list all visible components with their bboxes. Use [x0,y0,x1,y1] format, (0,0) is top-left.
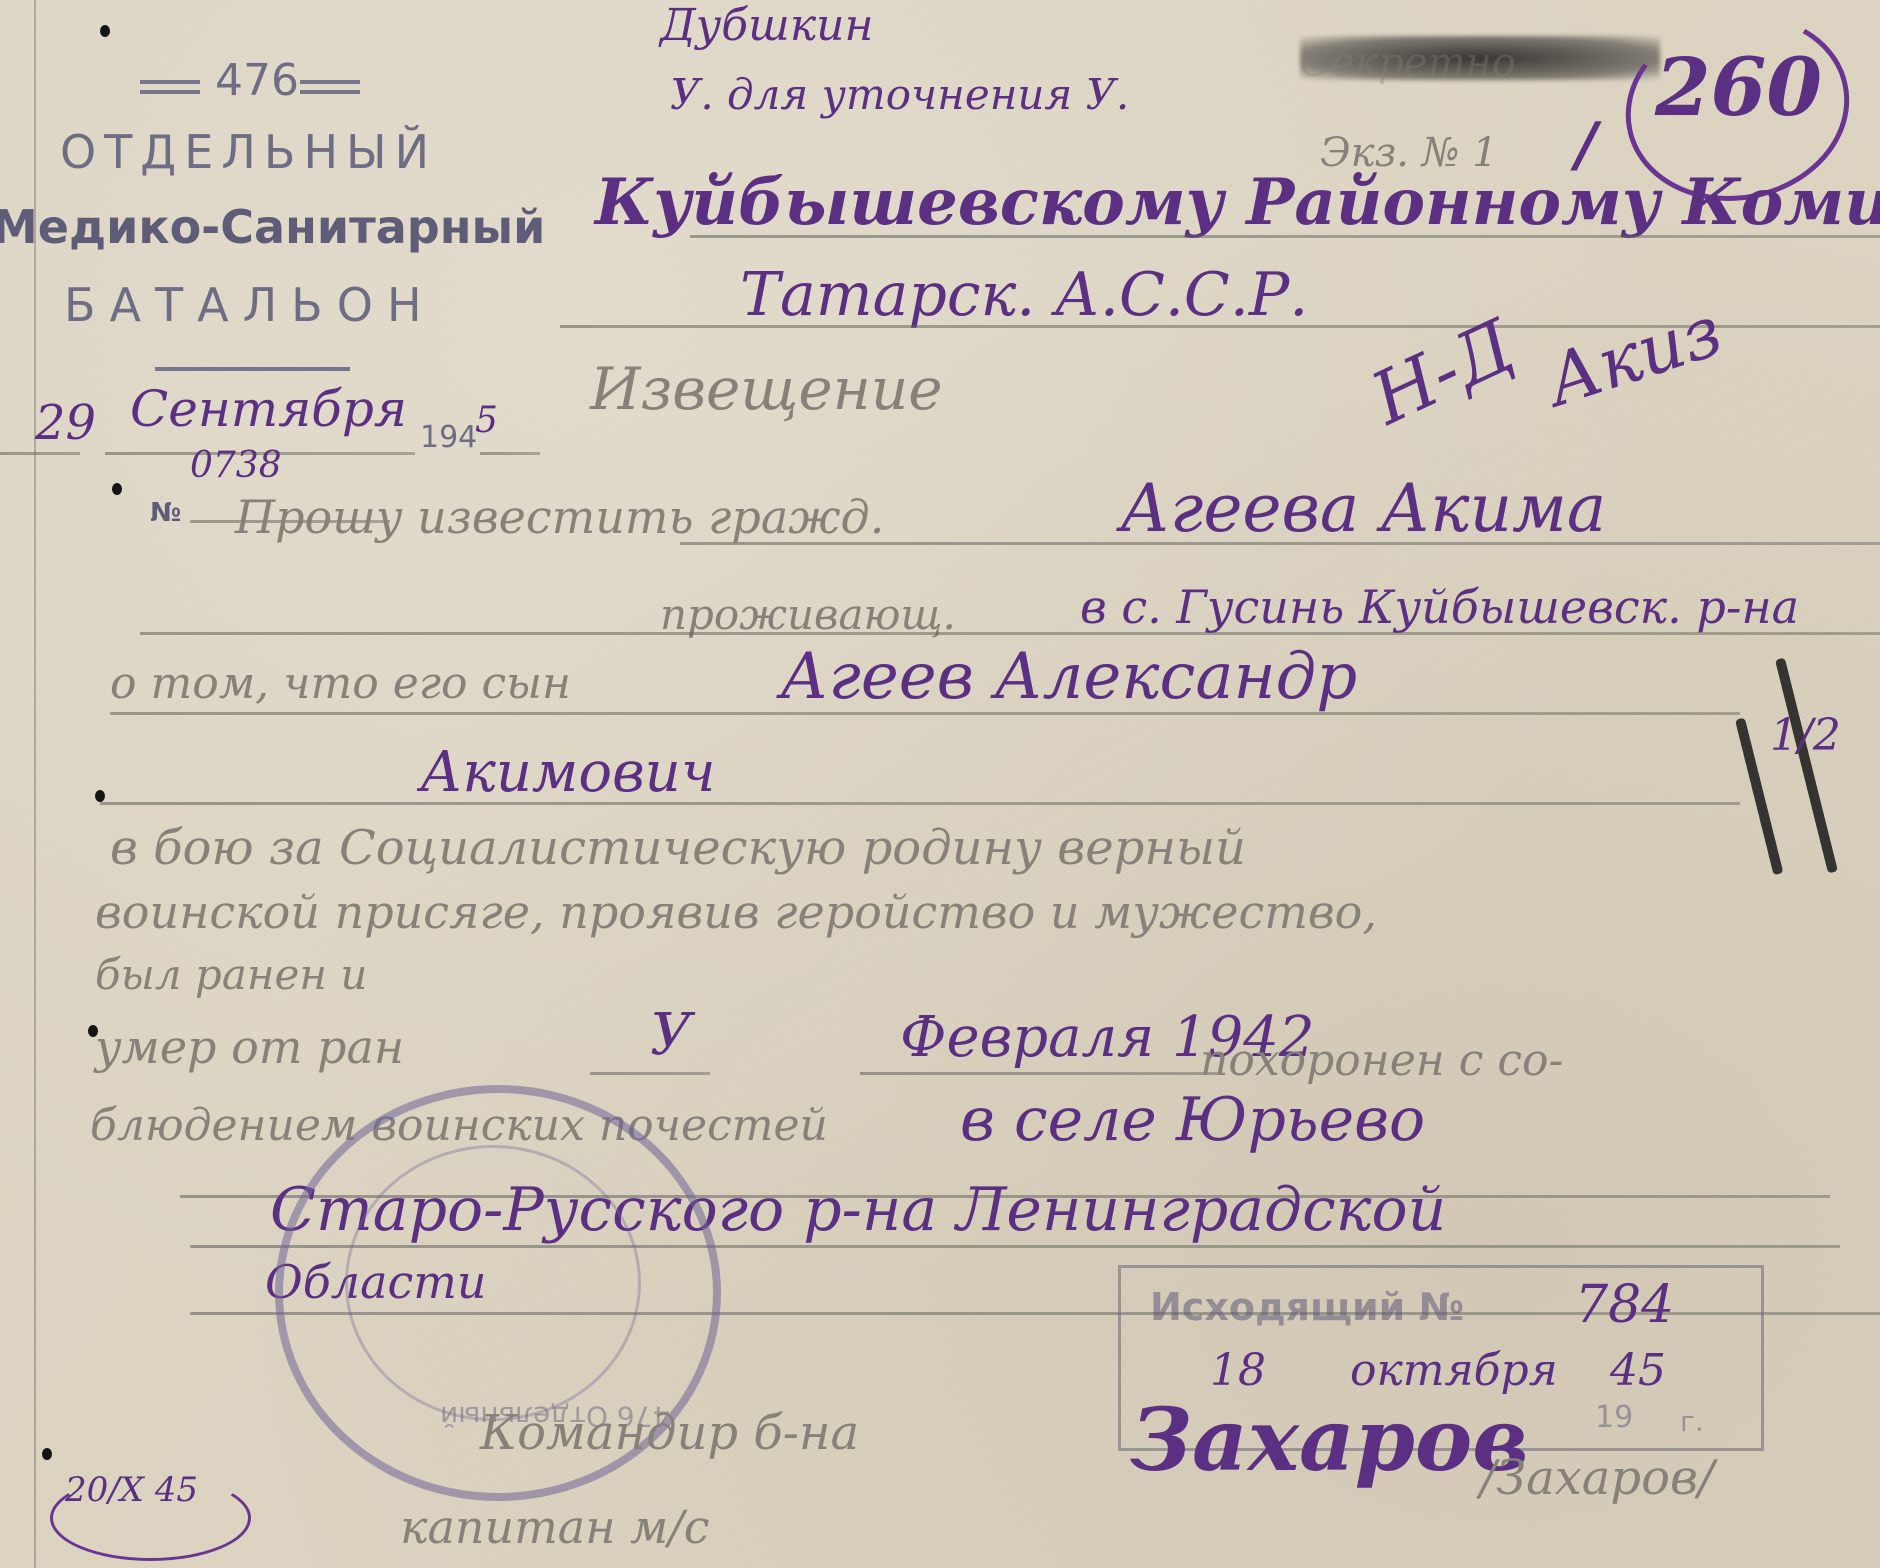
outgoing-year: 45 [1610,1345,1666,1396]
letterhead-line2: Медико-Санитарный [0,200,545,254]
date-year-handwritten: 5 [475,400,498,441]
outgoing-label: Исходящий № [1150,1285,1464,1329]
stamp-divider [155,367,350,371]
date-day: 29 [35,395,96,451]
outgoing-day: 18 [1210,1345,1266,1396]
residence-address: в с. Гусинь Куйбышевск. р-на [1080,580,1799,634]
resolution-signature: Акиз [1537,289,1732,422]
addressee-rule-1 [690,235,1880,238]
outgoing-month: октября [1350,1345,1558,1396]
crossed-out-text: Секретно [1300,40,1516,86]
death-day-rule [590,1072,710,1075]
son-patronymic: Акимович [420,740,716,805]
side-mark: 1/2 [1770,710,1841,761]
commander-rank: капитан м/с [400,1500,710,1554]
body-line7: был ранен и [95,950,367,999]
date-rule-left [0,452,80,455]
punch-hole [112,483,122,495]
date-month: Сентября [130,380,407,438]
body-rule-1 [680,542,1880,545]
outgoing-printed-g: г. [1680,1405,1704,1438]
body-line3-printed: о том, что его сын [110,658,571,709]
clarification-note: У. для уточнения У. [670,70,1129,119]
commander-name: /Захаров/ [1480,1450,1714,1506]
letterhead-line1: ОТДЕЛЬНЫЙ [60,125,437,179]
parent-name: Агеева Акима [1120,470,1606,547]
date-year-printed: 194 [420,420,477,455]
punch-hole [42,1448,52,1460]
commander-signature: Захаров [1130,1390,1529,1491]
body-rule-2 [140,632,1880,635]
punch-hole [88,1025,98,1037]
resolution-mark: Н-Д [1359,303,1527,441]
outgoing-number: 784 [1575,1275,1674,1335]
corner-note: 20/X 45 [65,1470,198,1510]
death-day: У [650,1000,692,1068]
stamp-rule-right [300,80,360,84]
unit-number: 476 [215,55,299,106]
commander-label: Командир б-на [480,1405,859,1461]
number-label: № [150,498,181,528]
death-date-rule [860,1072,1220,1075]
circled-number: 260 [1655,40,1822,134]
stamp-rule-right-2 [300,90,360,94]
stamp-rule-left [140,80,200,84]
round-seal-inner [345,1145,641,1421]
addressee-line1: Куйбышевскому Районному Комиссару [595,165,1880,240]
body-line1-printed: Прошу известить гражд. [235,490,884,544]
body-line8-printed: умер от ран [95,1020,404,1074]
burial-place: в селе Юрьево [960,1085,1425,1155]
side-pencil-stroke-1 [1775,658,1838,874]
registration-number: 0738 [190,445,282,486]
document-page: 476 ОТДЕЛЬНЫЙ Медико-Санитарный БАТАЛЬОН… [0,0,1880,1568]
name-note: Дубшкин [660,0,873,51]
stamp-rule-left-2 [140,90,200,94]
document-title: Извещение [590,355,943,423]
body-rule-3 [110,712,1740,715]
outgoing-printed-year: 19 [1595,1400,1633,1435]
letterhead-line3: БАТАЛЬОН [64,278,436,332]
body-line8-tail: похоронен с со- [1200,1035,1563,1086]
body-line6: воинской присяге, проявив геройство и му… [95,885,1377,939]
son-name: Агеев Александр [780,640,1357,714]
punch-hole [100,25,110,37]
body-rule-4 [100,802,1740,805]
body-line5: в бою за Социалистическую родину верный [110,820,1246,876]
punch-hole [95,790,105,802]
addressee-line2: Татарск. А.С.С.Р. [740,260,1308,330]
year-rule [480,452,540,455]
